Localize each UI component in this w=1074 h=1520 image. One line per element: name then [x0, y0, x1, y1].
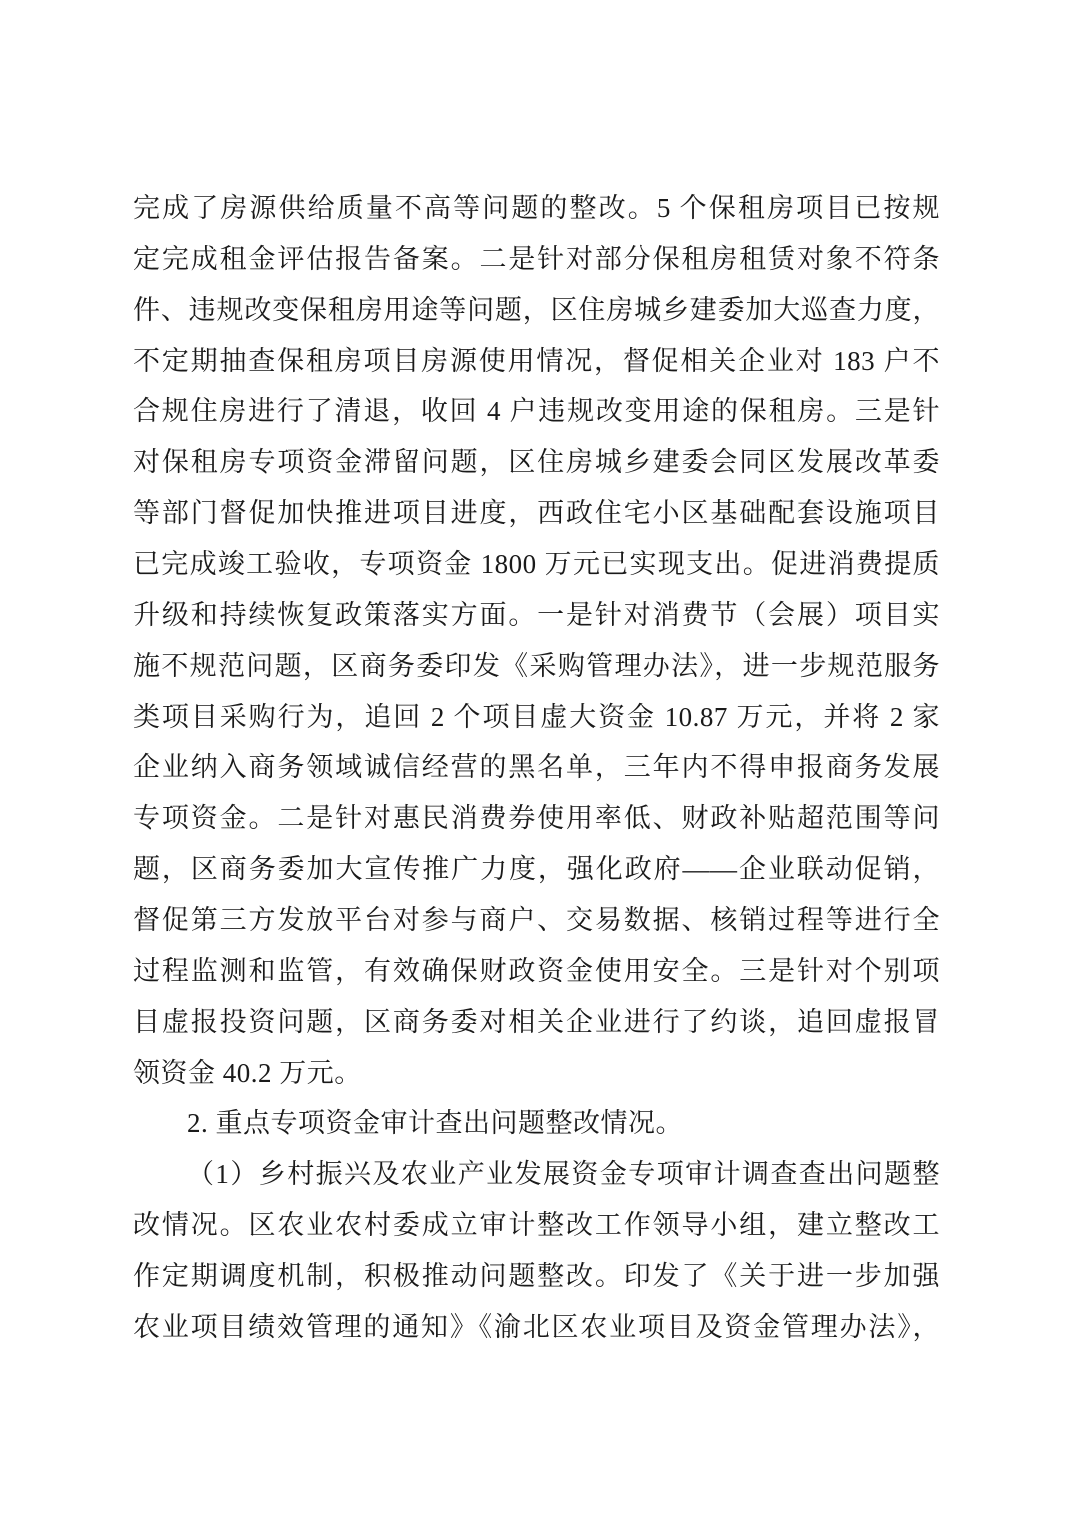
text-line: 题，区商务委加大宣传推广力度，强化政府——企业联动促销，: [133, 844, 940, 895]
text-line: 升级和持续恢复政策落实方面。一是针对消费节（会展）项目实: [133, 590, 940, 641]
text-line: 农业项目绩效管理的通知》《渝北区农业项目及资金管理办法》，: [133, 1302, 940, 1353]
text-line: （1）乡村振兴及农业产业发展资金专项审计调查查出问题整: [133, 1149, 940, 1200]
text-line: 过程监测和监管，有效确保财政资金使用安全。三是针对个别项: [133, 946, 940, 997]
text-line: 改情况。区农业农村委成立审计整改工作领导小组，建立整改工: [133, 1200, 940, 1251]
text-line: 等部门督促加快推进项目进度，西政住宅小区基础配套设施项目: [133, 488, 940, 539]
text-line: 施不规范问题，区商务委印发《采购管理办法》，进一步规范服务: [133, 641, 940, 692]
text-line: 合规住房进行了清退，收回 4 户违规改变用途的保租房。三是针: [133, 386, 940, 437]
text-line: 不定期抽查保租房项目房源使用情况，督促相关企业对 183 户不: [133, 336, 940, 387]
text-line: 类项目采购行为，追回 2 个项目虚大资金 10.87 万元，并将 2 家: [133, 692, 940, 743]
text-line: 对保租房专项资金滞留问题，区住房城乡建委会同区发展改革委: [133, 437, 940, 488]
text-line: 作定期调度机制，积极推动问题整改。印发了《关于进一步加强: [133, 1251, 940, 1302]
text-line: 2. 重点专项资金审计查出问题整改情况。: [133, 1098, 940, 1149]
text-line: 目虚报投资问题，区商务委对相关企业进行了约谈，追回虚报冒: [133, 997, 940, 1048]
document-body: 完成了房源供给质量不高等问题的整改。5 个保租房项目已按规定完成租金评估报告备案…: [133, 183, 940, 1353]
text-line: 企业纳入商务领域诚信经营的黑名单，三年内不得申报商务发展: [133, 742, 940, 793]
text-line: 定完成租金评估报告备案。二是针对部分保租房租赁对象不符条: [133, 234, 940, 285]
text-line: 完成了房源供给质量不高等问题的整改。5 个保租房项目已按规: [133, 183, 940, 234]
text-line: 已完成竣工验收，专项资金 1800 万元已实现支出。促进消费提质: [133, 539, 940, 590]
document-page: 完成了房源供给质量不高等问题的整改。5 个保租房项目已按规定完成租金评估报告备案…: [0, 0, 1074, 1520]
text-line: 件、违规改变保租房用途等问题，区住房城乡建委加大巡查力度，: [133, 285, 940, 336]
text-line: 领资金 40.2 万元。: [133, 1048, 940, 1099]
text-line: 督促第三方发放平台对参与商户、交易数据、核销过程等进行全: [133, 895, 940, 946]
text-line: 专项资金。二是针对惠民消费券使用率低、财政补贴超范围等问: [133, 793, 940, 844]
